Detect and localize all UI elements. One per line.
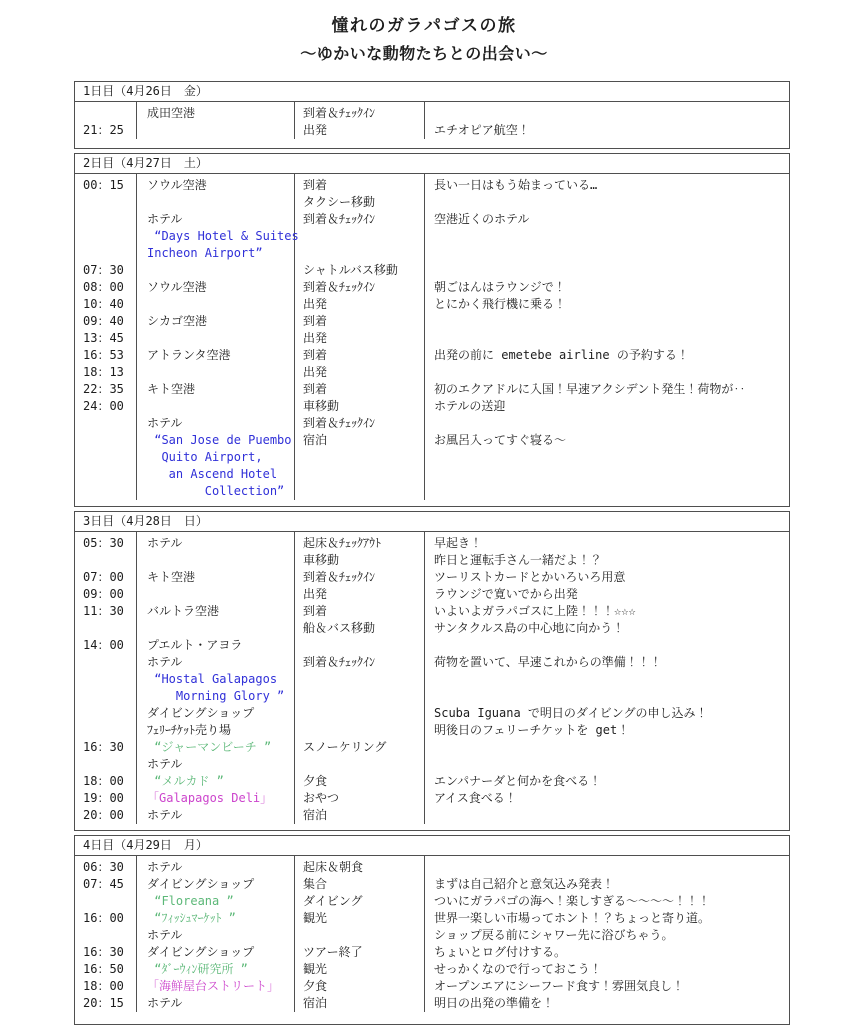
location-cell: ホテル xyxy=(147,927,294,944)
time-cell xyxy=(83,705,136,722)
day-body: 00：1507：3008：0010：4009：4013：4516：5318：13… xyxy=(75,174,789,506)
time-cell xyxy=(83,654,136,671)
activity-cell: 船＆バス移動 xyxy=(303,620,424,637)
time-cell xyxy=(83,688,136,705)
activity-cell xyxy=(303,705,424,722)
day-section: 1日目（4月26日 金）21：25成田空港到着＆ﾁｪｯｸｲﾝ出発エチオピア航空！ xyxy=(74,81,790,149)
notes-cell xyxy=(434,637,789,654)
time-column: 05：3007：0009：0011：3014：0016：3018：0019：00… xyxy=(75,532,137,824)
location-cell: Morning Glory ” xyxy=(147,688,294,705)
notes-cell: 明日の出発の準備を！ xyxy=(434,995,789,1012)
time-cell: 10：40 xyxy=(83,296,136,313)
time-cell xyxy=(83,432,136,449)
location-cell: 「海鮮屋台ストリート」 xyxy=(147,978,294,995)
notes-cell: オープンエアにシーフード食す！雰囲気良し！ xyxy=(434,978,789,995)
time-cell xyxy=(83,245,136,262)
notes-cell: アイス食べる！ xyxy=(434,790,789,807)
time-cell: 07：00 xyxy=(83,569,136,586)
notes-cell: 出発の前に emetebe airline の予約する！ xyxy=(434,347,789,364)
notes-cell xyxy=(434,262,789,279)
activity-cell: 到着 xyxy=(303,381,424,398)
location-cell: ホテル xyxy=(147,535,294,552)
time-cell: 19：00 xyxy=(83,790,136,807)
activity-column: 到着＆ﾁｪｯｸｲﾝ出発 xyxy=(295,102,425,139)
activity-cell: 観光 xyxy=(303,961,424,978)
notes-cell: ついにガラパゴの海へ！楽しすぎる～～～～！！！ xyxy=(434,893,789,910)
time-cell xyxy=(83,483,136,500)
notes-cell xyxy=(434,739,789,756)
notes-cell xyxy=(434,688,789,705)
notes-cell xyxy=(434,228,789,245)
time-cell xyxy=(83,893,136,910)
time-cell xyxy=(83,211,136,228)
activity-cell: 出発 xyxy=(303,586,424,603)
time-cell: 16：30 xyxy=(83,739,136,756)
location-column: ソウル空港ホテル “Days Hotel & SuitesIncheon Air… xyxy=(137,174,295,500)
location-cell xyxy=(147,330,294,347)
time-cell: 16：50 xyxy=(83,961,136,978)
notes-column: 早起き！昨日と運転手さん一緒だよ！？ツーリストカードとかいろいろ用意ラウンジで寛… xyxy=(425,532,789,824)
time-cell: 18：00 xyxy=(83,773,136,790)
activity-cell: 出発 xyxy=(303,330,424,347)
activity-cell: 到着＆ﾁｪｯｸｲﾝ xyxy=(303,415,424,432)
activity-cell: 出発 xyxy=(303,122,424,139)
day-section: 2日目（4月27日 土）00：1507：3008：0010：4009：4013：… xyxy=(74,153,790,507)
time-cell: 18：00 xyxy=(83,978,136,995)
notes-cell xyxy=(434,466,789,483)
time-cell: 24：00 xyxy=(83,398,136,415)
location-cell xyxy=(147,620,294,637)
activity-cell: ツアー終了 xyxy=(303,944,424,961)
activity-cell: 出発 xyxy=(303,364,424,381)
notes-cell: お風呂入ってすぐ寝る～ xyxy=(434,432,789,449)
day-body: 06：3007：4516：0016：3016：5018：0020：15ホテルダイ… xyxy=(75,856,789,1024)
day-body: 05：3007：0009：0011：3014：0016：3018：0019：00… xyxy=(75,532,789,830)
activity-cell xyxy=(303,671,424,688)
location-cell: ホテル xyxy=(147,995,294,1012)
notes-cell xyxy=(434,807,789,824)
time-cell: 09：40 xyxy=(83,313,136,330)
activity-cell: 到着 xyxy=(303,313,424,330)
location-cell xyxy=(147,552,294,569)
notes-cell: 明後日のフェリーチケットを get！ xyxy=(434,722,789,739)
activity-cell: 宿泊 xyxy=(303,995,424,1012)
activity-cell: 起床＆朝食 xyxy=(303,859,424,876)
location-cell: バルトラ空港 xyxy=(147,603,294,620)
location-cell: プエルト・アヨラ xyxy=(147,637,294,654)
location-cell: キト空港 xyxy=(147,569,294,586)
activity-cell: 到着＆ﾁｪｯｸｲﾝ xyxy=(303,569,424,586)
notes-cell xyxy=(434,313,789,330)
location-cell: ダイビングショップ xyxy=(147,944,294,961)
location-cell: ダイビングショップ xyxy=(147,705,294,722)
notes-cell: ツーリストカードとかいろいろ用意 xyxy=(434,569,789,586)
day-header: 1日目（4月26日 金） xyxy=(75,82,789,102)
time-cell xyxy=(83,620,136,637)
activity-cell: 車移動 xyxy=(303,398,424,415)
time-cell xyxy=(83,722,136,739)
activity-cell: 宿泊 xyxy=(303,807,424,824)
location-cell: “Hostal Galapagos xyxy=(147,671,294,688)
notes-cell: サンタクルス島の中心地に向かう！ xyxy=(434,620,789,637)
location-cell: 「Galapagos Deli」 xyxy=(147,790,294,807)
location-cell: “San Jose de Puembo xyxy=(147,432,294,449)
activity-cell xyxy=(303,756,424,773)
location-cell xyxy=(147,398,294,415)
activity-cell: シャトルバス移動 xyxy=(303,262,424,279)
location-cell xyxy=(147,296,294,313)
activity-cell: 出発 xyxy=(303,296,424,313)
location-cell: ﾌｪﾘｰﾁｹｯﾄ売り場 xyxy=(147,722,294,739)
activity-cell: 到着＆ﾁｪｯｸｲﾝ xyxy=(303,211,424,228)
activity-cell: ダイビング xyxy=(303,893,424,910)
notes-cell xyxy=(434,671,789,688)
time-cell: 16：30 xyxy=(83,944,136,961)
activity-cell: 観光 xyxy=(303,910,424,927)
activity-cell: 夕食 xyxy=(303,978,424,995)
activity-cell xyxy=(303,637,424,654)
activity-column: 到着タクシー移動到着＆ﾁｪｯｸｲﾝシャトルバス移動到着＆ﾁｪｯｸｲﾝ出発到着出発… xyxy=(295,174,425,500)
notes-cell: とにかく飛行機に乗る！ xyxy=(434,296,789,313)
location-cell: “Floreana ” xyxy=(147,893,294,910)
location-cell: “Days Hotel & Suites xyxy=(147,228,294,245)
time-cell xyxy=(83,466,136,483)
location-cell: 成田空港 xyxy=(147,105,294,122)
activity-cell: タクシー移動 xyxy=(303,194,424,211)
time-cell xyxy=(83,449,136,466)
day-header: 2日目（4月27日 土） xyxy=(75,154,789,174)
time-cell: 07：30 xyxy=(83,262,136,279)
time-cell xyxy=(83,756,136,773)
location-cell: ホテル xyxy=(147,415,294,432)
location-cell xyxy=(147,586,294,603)
time-cell: 16：53 xyxy=(83,347,136,364)
location-cell: ホテル xyxy=(147,807,294,824)
notes-cell: まずは自己紹介と意気込み発表！ xyxy=(434,876,789,893)
activity-cell xyxy=(303,483,424,500)
activity-cell: 到着 xyxy=(303,347,424,364)
activity-cell xyxy=(303,927,424,944)
time-cell: 21：25 xyxy=(83,122,136,139)
time-cell: 18：13 xyxy=(83,364,136,381)
time-cell: 13：45 xyxy=(83,330,136,347)
activity-cell: 到着 xyxy=(303,177,424,194)
location-cell xyxy=(147,364,294,381)
notes-cell xyxy=(434,483,789,500)
document-subtitle: ～ゆかいな動物たちとの出会い～ xyxy=(0,45,848,63)
activity-cell: 到着＆ﾁｪｯｸｲﾝ xyxy=(303,279,424,296)
notes-cell: 初のエクアドルに入国！早速アクシデント発生！荷物が‥ xyxy=(434,381,789,398)
page: { "title": "憧れのガラパゴスの旅", "subtitle": "～ゆ… xyxy=(0,0,848,1024)
location-cell: ソウル空港 xyxy=(147,279,294,296)
notes-cell: 世界一楽しい市場ってホント！？ちょっと寄り道。 xyxy=(434,910,789,927)
notes-cell: 長い一日はもう始まっている… xyxy=(434,177,789,194)
time-cell: 05：30 xyxy=(83,535,136,552)
notes-cell: ホテルの送迎 xyxy=(434,398,789,415)
notes-cell: 朝ごはんはラウンジで！ xyxy=(434,279,789,296)
notes-cell: ちょいとログ付けする。 xyxy=(434,944,789,961)
time-column: 00：1507：3008：0010：4009：4013：4516：5318：13… xyxy=(75,174,137,500)
activity-column: 起床＆ﾁｪｯｸｱｳﾄ車移動到着＆ﾁｪｯｸｲﾝ出発到着船＆バス移動到着＆ﾁｪｯｸｲ… xyxy=(295,532,425,824)
notes-cell xyxy=(434,105,789,122)
location-cell xyxy=(147,194,294,211)
activity-cell: 車移動 xyxy=(303,552,424,569)
location-cell: “ﾌｨｯｼｭﾏｰｹｯﾄ ” xyxy=(147,910,294,927)
notes-column: エチオピア航空！ xyxy=(425,102,789,139)
time-cell xyxy=(83,552,136,569)
notes-cell: 昨日と運転手さん一緒だよ！？ xyxy=(434,552,789,569)
day-section: 3日目（4月28日 日）05：3007：0009：0011：3014：0016：… xyxy=(74,511,790,831)
time-cell: 08：00 xyxy=(83,279,136,296)
time-cell: 00：15 xyxy=(83,177,136,194)
location-cell: Quito Airport, xyxy=(147,449,294,466)
activity-cell: 宿泊 xyxy=(303,432,424,449)
notes-cell xyxy=(434,756,789,773)
time-cell: 06：30 xyxy=(83,859,136,876)
location-cell: アトランタ空港 xyxy=(147,347,294,364)
notes-cell xyxy=(434,330,789,347)
location-cell: Collection” xyxy=(147,483,294,500)
notes-cell xyxy=(434,449,789,466)
notes-cell: 空港近くのホテル xyxy=(434,211,789,228)
itinerary-days: 1日目（4月26日 金）21：25成田空港到着＆ﾁｪｯｸｲﾝ出発エチオピア航空！… xyxy=(74,81,790,1025)
location-column: 成田空港 xyxy=(137,102,295,139)
notes-column: 長い一日はもう始まっている…空港近くのホテル朝ごはんはラウンジで！とにかく飛行機… xyxy=(425,174,789,500)
time-cell xyxy=(83,194,136,211)
location-column: ホテルキト空港バルトラ空港プエルト・アヨラホテル “Hostal Galapag… xyxy=(137,532,295,824)
activity-cell: 到着＆ﾁｪｯｸｲﾝ xyxy=(303,654,424,671)
location-cell: ソウル空港 xyxy=(147,177,294,194)
day-body: 21：25成田空港到着＆ﾁｪｯｸｲﾝ出発エチオピア航空！ xyxy=(75,102,789,148)
activity-column: 起床＆朝食集合ダイビング観光ツアー終了観光夕食宿泊 xyxy=(295,856,425,1012)
location-cell xyxy=(147,122,294,139)
location-cell: ホテル xyxy=(147,756,294,773)
time-column: 21：25 xyxy=(75,102,137,139)
location-cell: ダイビングショップ xyxy=(147,876,294,893)
notes-cell: ラウンジで寛いでから出発 xyxy=(434,586,789,603)
document-title: 憧れのガラパゴスの旅 xyxy=(0,0,848,36)
location-column: ホテルダイビングショップ “Floreana ” “ﾌｨｯｼｭﾏｰｹｯﾄ ”ホテ… xyxy=(137,856,295,1012)
time-cell: 22：35 xyxy=(83,381,136,398)
activity-cell: 夕食 xyxy=(303,773,424,790)
activity-cell xyxy=(303,245,424,262)
time-column: 06：3007：4516：0016：3016：5018：0020：15 xyxy=(75,856,137,1012)
notes-column: まずは自己紹介と意気込み発表！ついにガラパゴの海へ！楽しすぎる～～～～！！！世界… xyxy=(425,856,789,1012)
location-cell: “ﾀﾞｰｳｨﾝ研究所 ” xyxy=(147,961,294,978)
activity-cell: 起床＆ﾁｪｯｸｱｳﾄ xyxy=(303,535,424,552)
location-cell: ホテル xyxy=(147,859,294,876)
location-cell: キト空港 xyxy=(147,381,294,398)
time-cell xyxy=(83,105,136,122)
notes-cell xyxy=(434,415,789,432)
activity-cell xyxy=(303,449,424,466)
location-cell: “ジャーマンビーチ ” xyxy=(147,739,294,756)
location-cell: ホテル xyxy=(147,654,294,671)
time-cell: 09：00 xyxy=(83,586,136,603)
activity-cell xyxy=(303,466,424,483)
activity-cell: 到着 xyxy=(303,603,424,620)
time-cell xyxy=(83,228,136,245)
notes-cell: 荷物を置いて、早速これからの準備！！！ xyxy=(434,654,789,671)
location-cell: Incheon Airport” xyxy=(147,245,294,262)
notes-cell: エンパナーダと何かを食べる！ xyxy=(434,773,789,790)
activity-cell: おやつ xyxy=(303,790,424,807)
activity-cell xyxy=(303,722,424,739)
notes-cell: エチオピア航空！ xyxy=(434,122,789,139)
notes-cell: いよいよガラパゴスに上陸！！！☆☆☆ xyxy=(434,603,789,620)
location-cell: “メルカド ” xyxy=(147,773,294,790)
day-header: 4日目（4月29日 月） xyxy=(75,836,789,856)
day-section: 4日目（4月29日 月）06：3007：4516：0016：3016：5018：… xyxy=(74,835,790,1025)
notes-cell: 早起き！ xyxy=(434,535,789,552)
time-cell: 20：15 xyxy=(83,995,136,1012)
activity-cell: 集合 xyxy=(303,876,424,893)
notes-cell xyxy=(434,194,789,211)
time-cell: 16：00 xyxy=(83,910,136,927)
day-header: 3日目（4月28日 日） xyxy=(75,512,789,532)
notes-cell xyxy=(434,245,789,262)
activity-cell: 到着＆ﾁｪｯｸｲﾝ xyxy=(303,105,424,122)
time-cell xyxy=(83,415,136,432)
location-cell xyxy=(147,262,294,279)
location-cell: シカゴ空港 xyxy=(147,313,294,330)
notes-cell: せっかくなので行っておこう！ xyxy=(434,961,789,978)
time-cell: 07：45 xyxy=(83,876,136,893)
time-cell: 11：30 xyxy=(83,603,136,620)
time-cell: 14：00 xyxy=(83,637,136,654)
notes-cell xyxy=(434,364,789,381)
notes-cell xyxy=(434,859,789,876)
notes-cell: ショップ戻る前にシャワー先に浴びちゃう。 xyxy=(434,927,789,944)
activity-cell xyxy=(303,688,424,705)
activity-cell: スノーケリング xyxy=(303,739,424,756)
activity-cell xyxy=(303,228,424,245)
location-cell: an Ascend Hotel xyxy=(147,466,294,483)
time-cell: 20：00 xyxy=(83,807,136,824)
notes-cell: Scuba Iguana で明日のダイビングの申し込み！ xyxy=(434,705,789,722)
location-cell: ホテル xyxy=(147,211,294,228)
time-cell xyxy=(83,671,136,688)
time-cell xyxy=(83,927,136,944)
